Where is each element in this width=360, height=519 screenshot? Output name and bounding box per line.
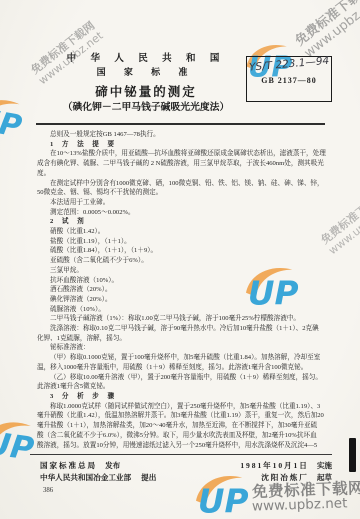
text-line: 毫升硝酸（比重1.42），低温加热溶解并蒸干。加3毫升盐酸（比重1.19）蒸干，… <box>37 411 329 421</box>
text-line: 洗涤溶液：称取0.10克二甲马钱子碱，溶于90毫升热水中。冷后加10毫升盐酸（1… <box>37 324 329 334</box>
page-number: 386 <box>43 487 53 494</box>
svg-text:UP: UP <box>0 425 36 467</box>
text-line: 硫酸（比重1.84），（1＋1），（1＋9）。 <box>37 246 329 256</box>
watermark-diagonal-top-right: 免费标准下载网 www.upbz.net <box>293 0 360 61</box>
watermark-site-url: www.upbz.net <box>326 199 360 257</box>
footer-drafting-org: 沈 阳 冶 炼 厂起草 <box>261 472 332 483</box>
text-line: 酸（含二氧化硫不少于6.0%），微沸5分钟。取下，用少量水吹洗表皿及杯壁，加2毫… <box>37 431 329 441</box>
watermark-site-name: 免费标准下载网 <box>293 0 360 49</box>
text-line: 硝酸（比重1.42）。 <box>37 227 329 237</box>
text-line: 1 方 法 提 要 <box>37 140 329 150</box>
text-line: （甲）称取0.1000克铋，置于100毫升烧杯中，加5毫升硫酸（比重1.84）。… <box>37 353 329 363</box>
standard-number-stamp-box: YS/T 223.1—94 GB 2137—80 <box>246 56 332 102</box>
text-line: 毫升盐酸（1＋1），加热溶解盐类，加20～40毫升水，加热至近沸，在不断搅拌下，… <box>37 421 329 431</box>
watermark-site-url-bottom: www.upbz.net <box>252 495 348 514</box>
text-line: （乙）移取10.00毫升溶液（甲），置于200毫升容量瓶中，用硫酸（1＋9）稀释… <box>37 373 329 383</box>
text-line: 碘化钾溶液（20%）。 <box>37 295 329 305</box>
text-line: 硫脲溶液（10%）。 <box>37 305 329 315</box>
text-line: 成含有碘化钾、硫脲、二甲马钱子碱的 2 N硫酸溶液，用三氯甲烷萃取，于波长460… <box>37 159 329 169</box>
gb-standard-code: GB 2137—80 <box>247 76 331 85</box>
footer-row-publisher: 国 家 标 准 总 局发布 1 9 8 1 年 1 0 月 1 日实施 <box>40 460 332 471</box>
svg-text:UP: UP <box>198 482 249 519</box>
text-line: 盐酸（比重1.19），（1＋1）。 <box>37 237 329 247</box>
text-line: 本法适用于工业碲。 <box>37 198 329 208</box>
text-line: 铋标准溶液： <box>37 343 329 353</box>
text-line: 在测定试样中分别含有1000微克碲、硒，100微克铜、铅、铁、铝、镁、钠、硅、砷… <box>37 179 329 189</box>
text-line: 测定范围：0.0005～0.002%。 <box>37 208 329 218</box>
text-line: 此溶液1毫升含5微克铋。 <box>37 382 329 392</box>
text-line: 亚硫酸（含二氧化硫不少于6%）。 <box>37 256 329 266</box>
text-line: 总则及一般规定按GB 1467—78执行。 <box>37 130 329 140</box>
text-line: 三氯甲烷。 <box>37 266 329 276</box>
text-line: 度。 <box>37 169 329 179</box>
title-divider-rule <box>36 123 325 125</box>
footer-row-proposer: 中华人民共和国冶金工业部提出 沈 阳 冶 炼 厂起草 <box>40 472 332 483</box>
footer-divider-rule <box>30 454 332 455</box>
footer-issuing-org: 国 家 标 准 总 局发布 <box>40 460 120 471</box>
text-line: 3 分 析 步 骤 <box>37 392 329 402</box>
document-body: 总则及一般规定按GB 1467—78执行。 1 方 法 提 要 在10～13%盐… <box>37 130 329 450</box>
text-line: 酒石酸溶液（20%）。 <box>37 285 329 295</box>
text-line: 2 试 剂 <box>37 217 329 227</box>
footer-proposing-org: 中华人民共和国冶金工业部提出 <box>40 472 156 483</box>
watermark-site-url: www.upbz.net <box>302 0 360 61</box>
scanned-standard-page: 免费标准下载网 www.upbz.net 免费标准下载网 www.upbz.ne… <box>0 0 360 519</box>
footer-implementation-date: 1 9 8 1 年 1 0 月 1 日实施 <box>240 460 332 471</box>
text-line: 在10～13%盐酸介质中，用亚硫酸—抗坏血酸将亚碲酸还原成金属碲状态析出，滤液蒸… <box>37 149 329 159</box>
text-line: 温，移入1000毫升容量瓶中，用硫酸（1＋9）稀释至刻度，摇匀。此溶液1毫升含1… <box>37 363 329 373</box>
text-line: 50微克金、铟、镉、锡均不干扰铋的测定。 <box>37 188 329 198</box>
text-line: 化钾、1克硫脲，溶解，摇匀。 <box>37 334 329 344</box>
handwritten-standard-number: YS/T 223.1—94 <box>249 54 334 73</box>
scan-ink-mark <box>349 438 356 472</box>
text-line: 二甲马钱子碱溶液（1%）：称取1.00克二甲马钱子碱，溶于100毫升25%柠檬酸… <box>37 314 329 324</box>
text-line: 称取1.0000克试样（随同试样做试剂空白），置于250毫升烧杯中，加5毫升盐酸… <box>37 402 329 412</box>
text-line: 抗坏血酸溶液（10%）。 <box>37 276 329 286</box>
text-line: 酸溶液，摇匀。放置10分钟，用慢速滤纸过滤入另一个250毫升烧杯中，用水洗涤烧杯… <box>37 441 329 451</box>
